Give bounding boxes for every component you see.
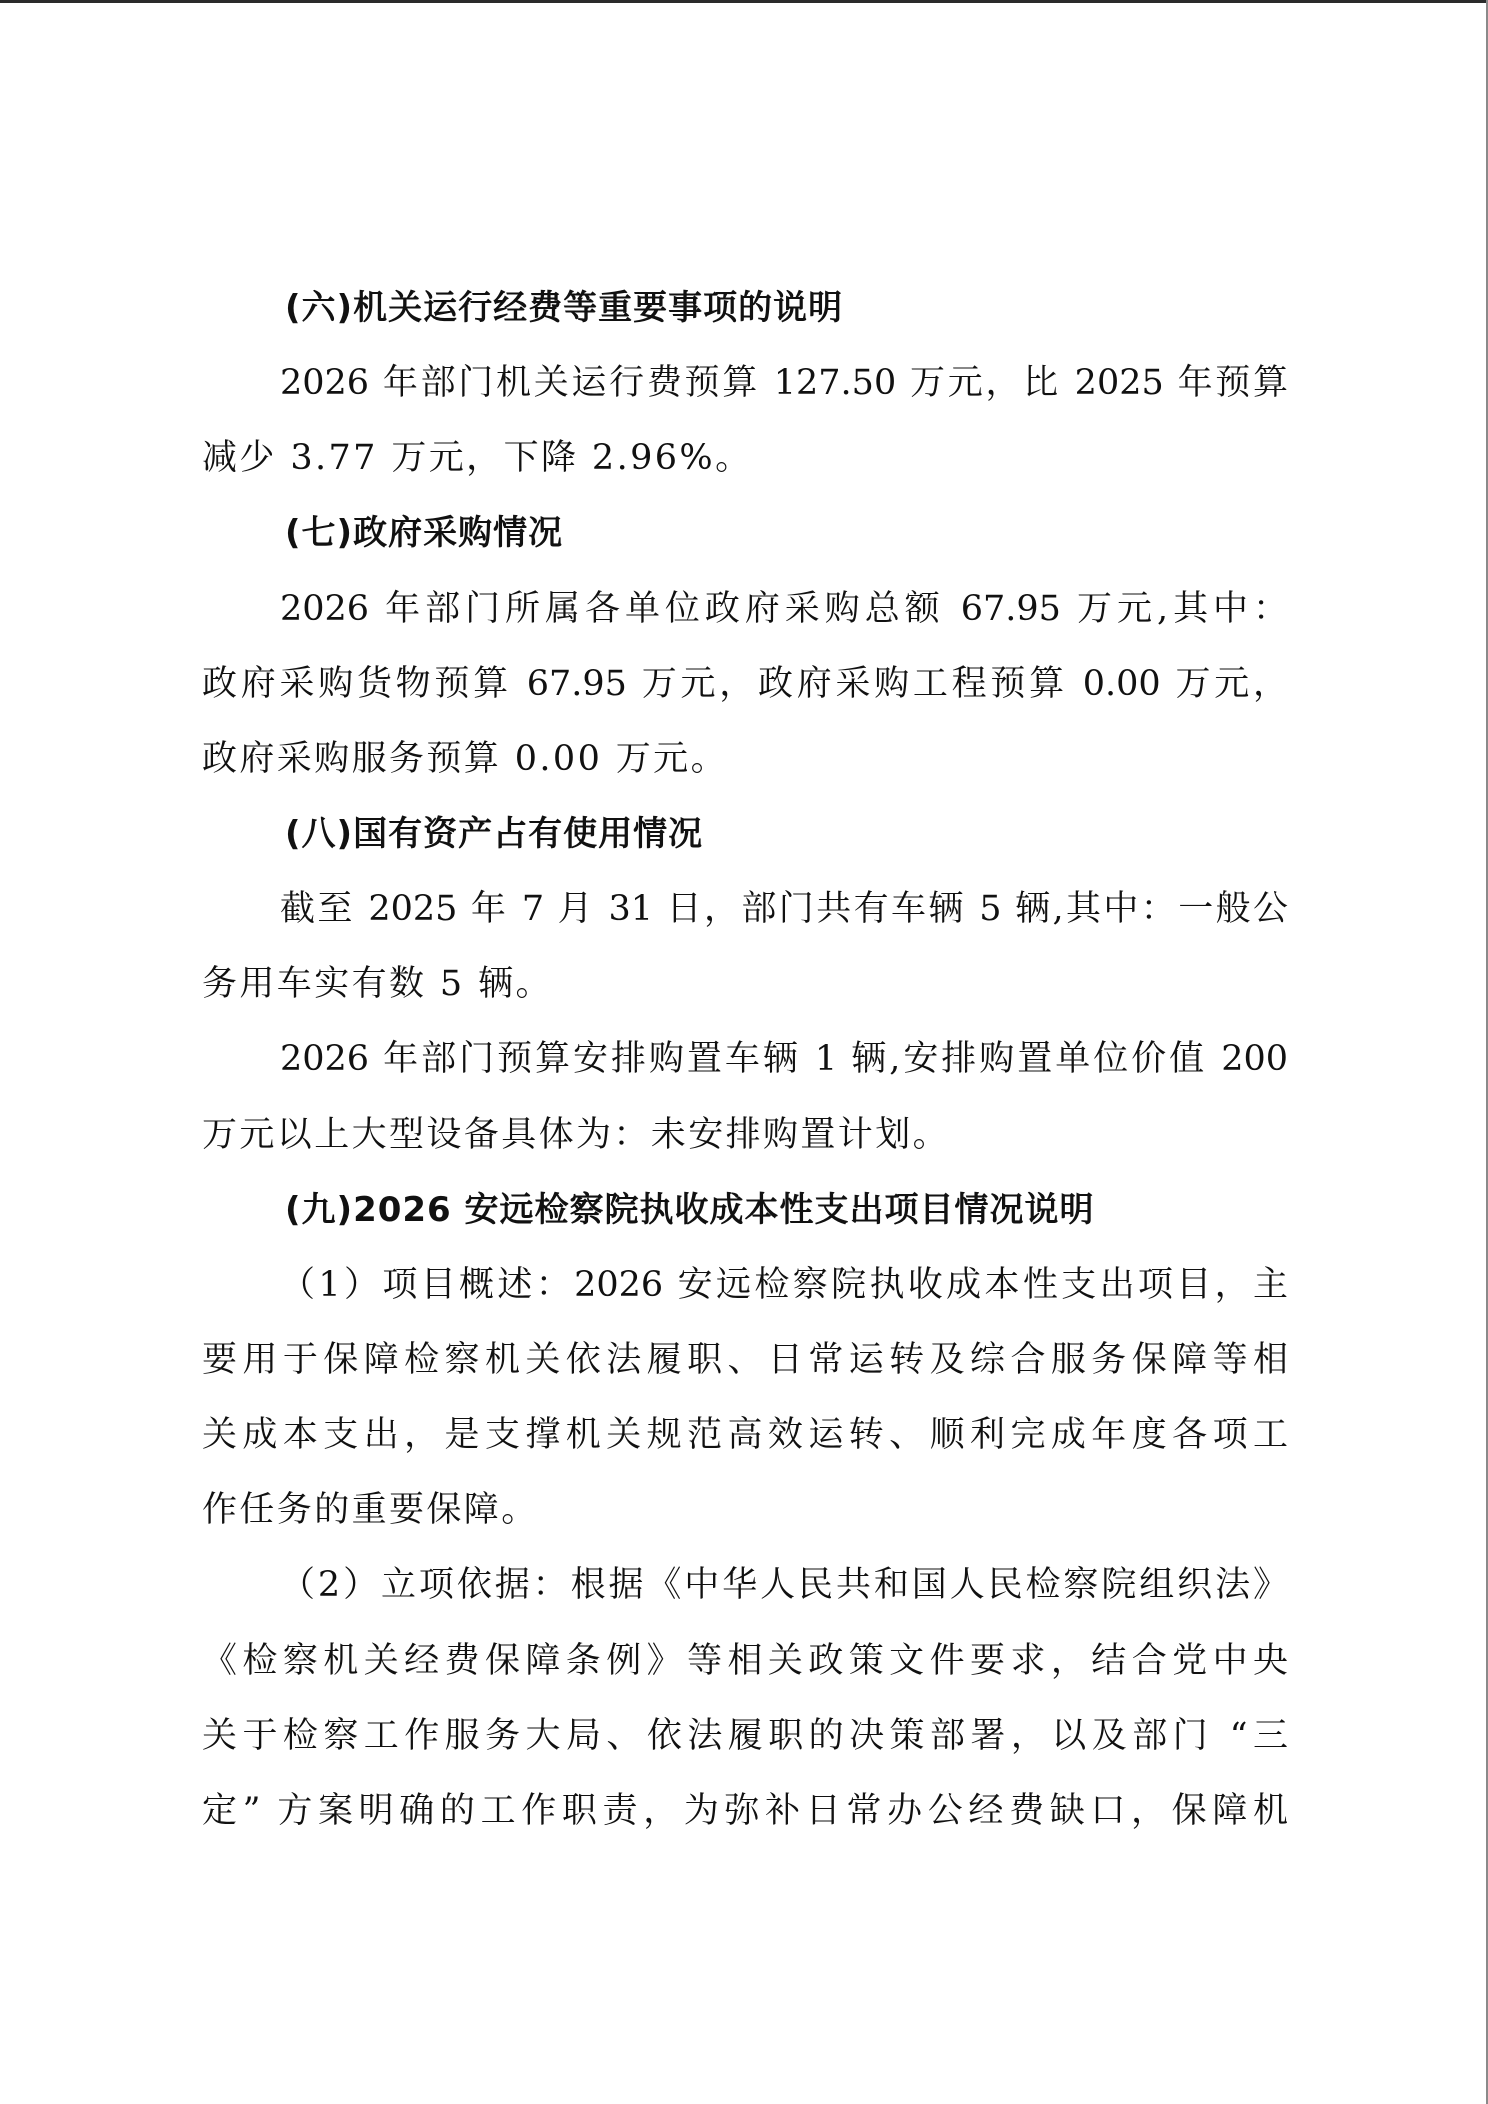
paragraph-line: 截至 2025 年 7 月 31 日，部门共有车辆 5 辆,其中：一般公 <box>202 872 1288 947</box>
paragraph-line: 务用车实有数 5 辆。 <box>202 947 1288 1022</box>
paragraph-line: 要用于保障检察机关依法履职、日常运转及综合服务保障等相 <box>202 1323 1288 1398</box>
paragraph-line: 万元以上大型设备具体为：未安排购置计划。 <box>202 1098 1288 1173</box>
paragraph-line: 2026 年部门机关运行费预算 127.50 万元，比 2025 年预算 <box>202 346 1288 421</box>
paragraph-line: 政府采购货物预算 67.95 万元，政府采购工程预算 0.00 万元， <box>202 647 1288 722</box>
paragraph-line: 作任务的重要保障。 <box>202 1473 1288 1548</box>
paragraph-line: 政府采购服务预算 0.00 万元。 <box>202 722 1288 797</box>
section-heading-six: (六)机关运行经费等重要事项的说明 <box>202 271 1288 346</box>
paragraph-line: 定” 方案明确的工作职责，为弥补日常办公经费缺口，保障机 <box>202 1774 1288 1849</box>
section-heading-seven: (七)政府采购情况 <box>202 496 1288 571</box>
paragraph-line: 2026 年部门所属各单位政府采购总额 67.95 万元,其中： <box>202 572 1288 647</box>
section-heading-eight: (八)国有资产占有使用情况 <box>202 797 1288 872</box>
paragraph-line: （1）项目概述：2026 安远检察院执收成本性支出项目，主 <box>202 1248 1288 1323</box>
paragraph-line: 《检察机关经费保障条例》等相关政策文件要求，结合党中央 <box>202 1624 1288 1699</box>
paragraph-line: 减少 3.77 万元，下降 2.96%。 <box>202 421 1288 496</box>
paragraph-line: 2026 年部门预算安排购置车辆 1 辆,安排购置单位价值 200 <box>202 1022 1288 1097</box>
paragraph-line: （2）立项依据：根据《中华人民共和国人民检察院组织法》 <box>202 1548 1288 1623</box>
paragraph-line: 关于检察工作服务大局、依法履职的决策部署，以及部门 “三 <box>202 1699 1288 1774</box>
paragraph-line: 关成本支出，是支撑机关规范高效运转、顺利完成年度各项工 <box>202 1398 1288 1473</box>
document-page: (六)机关运行经费等重要事项的说明 2026 年部门机关运行费预算 127.50… <box>202 271 1288 1849</box>
page-top-border <box>0 0 1488 3</box>
section-heading-nine: (九)2026 安远检察院执收成本性支出项目情况说明 <box>202 1173 1288 1248</box>
